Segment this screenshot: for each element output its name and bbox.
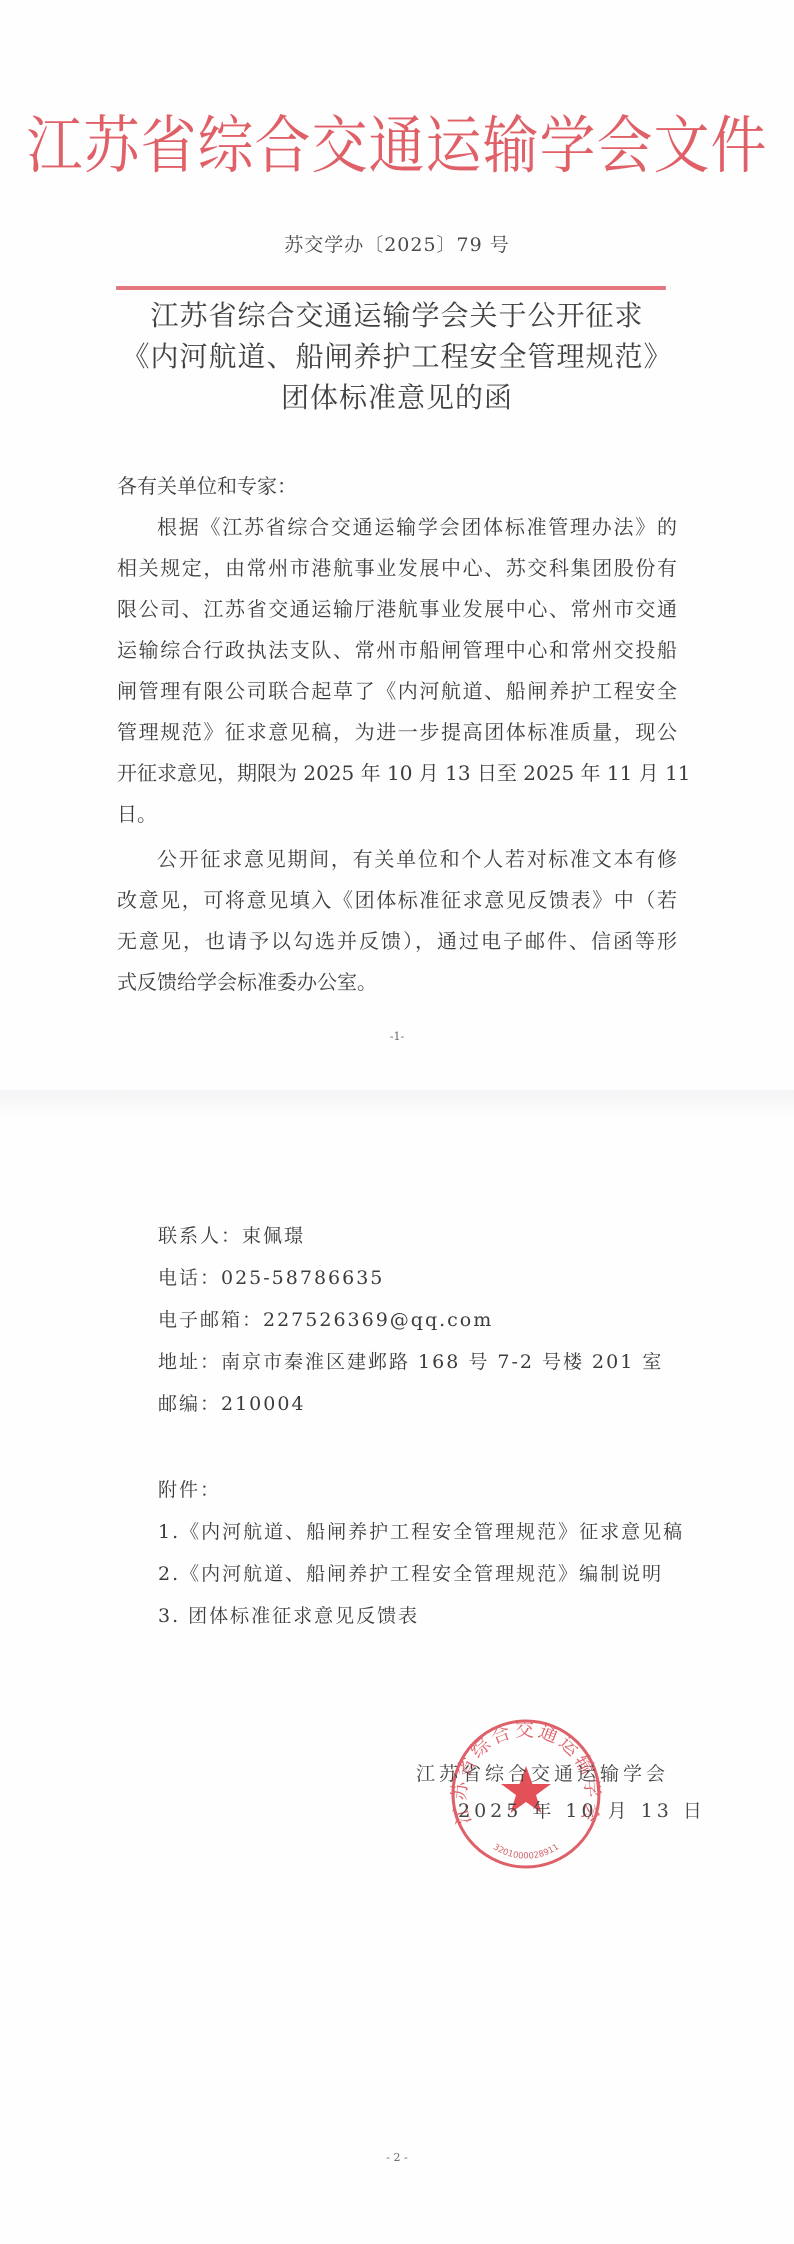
- red-divider-rule: [116, 286, 666, 290]
- svg-text:3201000028911: 3201000028911: [491, 1842, 561, 1861]
- salutation: 各有关单位和专家：: [117, 472, 297, 500]
- document-number: 苏交学办〔2025〕79 号: [0, 230, 794, 257]
- paragraph-1-line: 开征求意见，期限为 2025 年 10 月 13 日至 2025 年 11 月 …: [117, 759, 677, 787]
- page-2: [0, 1122, 794, 2244]
- document-header: 江苏省综合交通运输学会文件: [0, 108, 794, 186]
- contact-postcode: 邮编：210004: [158, 1390, 306, 1418]
- paragraph-1-line: 运输综合行政执法支队、常州市船闸管理中心和常州交投船: [117, 636, 677, 664]
- paragraph-1-line: 限公司、江苏省交通运输厅港航事业发展中心、常州市交通: [117, 595, 677, 623]
- contact-address: 地址：南京市秦淮区建邺路 168 号 7-2 号楼 201 室: [158, 1348, 663, 1376]
- paragraph-2-line: 式反馈给学会标准委办公室。: [117, 968, 677, 996]
- title-line-3: 团体标准意见的函: [0, 380, 794, 416]
- paragraph-1-line: 管理规范》征求意见稿，为进一步提高团体标准质量，现公: [117, 718, 677, 746]
- title-line-1: 江苏省综合交通运输学会关于公开征求: [0, 298, 794, 334]
- seal-code: 3201000028911: [491, 1842, 561, 1861]
- paragraph-2-line: 无意见，也请予以勾选并反馈），通过电子邮件、信函等形: [117, 927, 677, 955]
- page-number: -1-: [0, 1030, 794, 1043]
- attachment-item: 1.《内河航道、船闸养护工程安全管理规范》征求意见稿: [158, 1518, 684, 1546]
- contact-phone: 电话：025-58786635: [158, 1264, 384, 1292]
- paragraph-2-line: 公开征求意见期间，有关单位和个人若对标准文本有修: [157, 845, 677, 873]
- contact-person: 联系人：束佩璟: [158, 1222, 305, 1250]
- attachment-item: 2.《内河航道、船闸养护工程安全管理规范》编制说明: [158, 1560, 663, 1588]
- attachments-heading: 附件：: [158, 1476, 221, 1504]
- paragraph-1-line: 相关规定，由常州市港航事业发展中心、苏交科集团股份有: [117, 554, 677, 582]
- title-line-2: 《内河航道、船闸养护工程安全管理规范》: [0, 339, 794, 375]
- signature-date: 2025 年 10 月 13 日: [458, 1797, 706, 1825]
- attachment-item: 3. 团体标准征求意见反馈表: [158, 1602, 419, 1630]
- paragraph-1-line: 闸管理有限公司联合起草了《内河航道、船闸养护工程安全: [117, 677, 677, 705]
- signature-organization: 江苏省综合交通运输学会: [416, 1760, 669, 1788]
- page-1: 江苏省综合交通运输学会文件 苏交学办〔2025〕79 号 江苏省综合交通运输学会…: [0, 0, 794, 1090]
- contact-email: 电子邮箱：227526369@qq.com: [158, 1306, 493, 1334]
- paragraph-1-line: 日。: [117, 800, 677, 828]
- page-break: [0, 1090, 794, 1122]
- page-number: - 2 -: [0, 2151, 794, 2164]
- paragraph-1-line: 根据《江苏省综合交通运输学会团体标准管理办法》的: [157, 513, 677, 541]
- paragraph-2-line: 改意见，可将意见填入《团体标准征求意见反馈表》中（若: [117, 886, 677, 914]
- official-seal-icon: 江苏省综合交通运输学会 3201000028911: [450, 1718, 602, 1870]
